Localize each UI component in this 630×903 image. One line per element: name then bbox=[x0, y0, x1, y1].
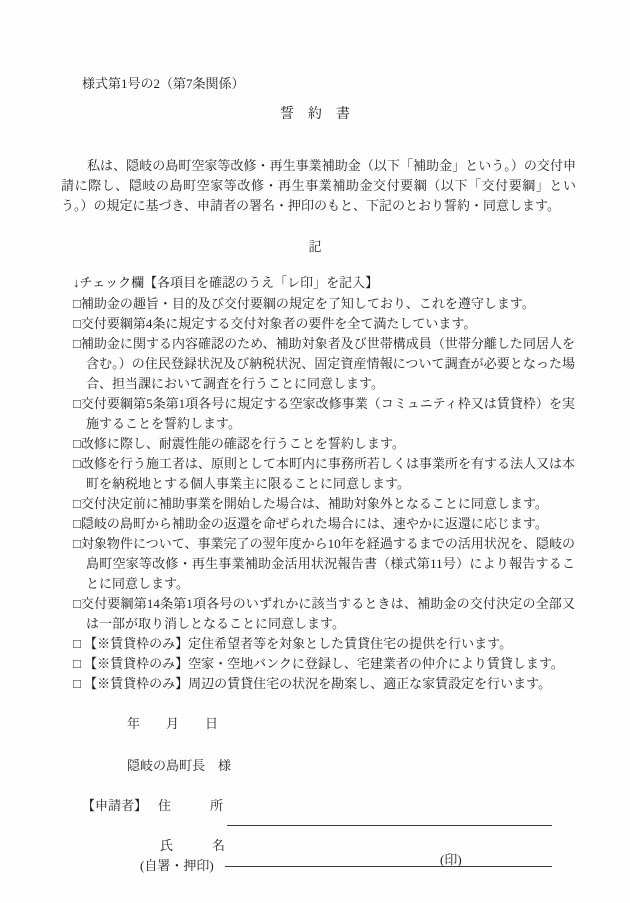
checklist-item: □補助金の趣旨・目的及び交付要綱の規定を了知しており、これを遵守します。 bbox=[73, 294, 575, 314]
checklist-item: □対象物件について、事業完了の翌年度から10年を経過するまでの活用状況を、隠岐の… bbox=[73, 534, 575, 594]
checklist-item-text: 【※賃貸枠のみ】空家・空地バンクに登録し、宅建業者の仲介により賃貸します。 bbox=[81, 656, 564, 671]
checklist-item-text: 【※賃貸枠のみ】周辺の賃貸住宅の状況を勘案し、適正な家賃設定を行います。 bbox=[81, 676, 551, 691]
checklist-item: □改修に際し、耐震性能の確認を行うことを誓約します。 bbox=[73, 434, 575, 454]
checkbox-icon[interactable]: □ bbox=[73, 496, 81, 511]
checkbox-icon[interactable]: □ bbox=[73, 596, 81, 611]
checkbox-icon[interactable]: □ bbox=[73, 336, 81, 351]
signature-note: (自署・押印) bbox=[140, 856, 214, 876]
form-number: 様式第1号の2（第7条関係） bbox=[82, 74, 245, 94]
checklist-item: □交付要綱第14条第1項各号のいずれかに該当するときは、補助金の交付決定の全部又… bbox=[73, 594, 575, 634]
checklist-item: □ 【※賃貸枠のみ】空家・空地バンクに登録し、宅建業者の仲介により賃貸します。 bbox=[73, 654, 575, 674]
checklist-item-text: 交付要綱第5条第1項各号に規定する空家改修事業（コミュニティ枠又は賃貸枠）を実施… bbox=[81, 396, 575, 431]
name-label: 氏 名 bbox=[160, 836, 225, 856]
checkbox-icon[interactable]: □ bbox=[73, 516, 81, 531]
checkbox-icon[interactable]: □ bbox=[73, 316, 81, 331]
checkbox-icon[interactable]: □ bbox=[73, 456, 81, 471]
date-line: 年 月 日 bbox=[127, 714, 218, 734]
checklist-item-text: 改修に際し、耐震性能の確認を行うことを誓約します。 bbox=[81, 436, 405, 451]
checkbox-icon[interactable]: □ bbox=[73, 636, 81, 651]
checklist-item-text: 【※賃貸枠のみ】定住希望者等を対象とした賃貸住宅の提供を行います。 bbox=[81, 636, 512, 651]
checklist-item: □ 【※賃貸枠のみ】定住希望者等を対象とした賃貸住宅の提供を行います。 bbox=[73, 634, 575, 654]
applicant-label: 【申請者】 bbox=[82, 796, 147, 816]
checklist-item: □交付決定前に補助事業を開始した場合は、補助対象外となることに同意します。 bbox=[73, 494, 575, 514]
checklist-item: □補助金に関する内容確認のため、補助対象者及び世帯構成員（世帯分離した同居人を含… bbox=[73, 334, 575, 394]
checkbox-icon[interactable]: □ bbox=[73, 536, 81, 551]
checklist-item-text: 交付要綱第14条第1項各号のいずれかに該当するときは、補助金の交付決定の全部又は… bbox=[81, 596, 575, 631]
checklist-item-text: 交付決定前に補助事業を開始した場合は、補助対象外となることに同意します。 bbox=[81, 496, 548, 511]
checklist-item: □改修を行う施工者は、原則として本町内に事務所若しくは事業所を有する法人又は本町… bbox=[73, 454, 575, 494]
address-fill-line[interactable] bbox=[227, 825, 552, 826]
checklist-item: □交付要綱第4条に規定する交付対象者の要件を全て満たしています。 bbox=[73, 314, 575, 334]
checklist-item-text: 補助金の趣旨・目的及び交付要綱の規定を了知しており、これを遵守します。 bbox=[81, 296, 535, 311]
checklist-item-text: 交付要綱第4条に規定する交付対象者の要件を全て満たしています。 bbox=[81, 316, 476, 331]
page-title: 誓 約 書 bbox=[0, 105, 630, 125]
pledge-document-page: 様式第1号の2（第7条関係） 誓 約 書 私は、隠岐の島町空家等改修・再生事業補… bbox=[0, 0, 630, 903]
checklist-instruction: ↓チェック欄【各項目を確認のうえ「レ印」を記入】 bbox=[73, 273, 378, 293]
checklist-item-text: 補助金に関する内容確認のため、補助対象者及び世帯構成員（世帯分離した同居人を含む… bbox=[81, 336, 575, 391]
addressee: 隠岐の島町長 様 bbox=[127, 756, 231, 776]
record-mark: 記 bbox=[0, 237, 630, 257]
address-label: 住 所 bbox=[158, 796, 223, 816]
checkbox-icon[interactable]: □ bbox=[73, 436, 81, 451]
checklist-item-text: 隠岐の島町から補助金の返還を命ぜられた場合には、速やかに返還に応じます。 bbox=[81, 516, 548, 531]
checkbox-icon[interactable]: □ bbox=[73, 676, 81, 691]
checklist: □補助金の趣旨・目的及び交付要綱の規定を了知しており、これを遵守します。 □交付… bbox=[73, 294, 575, 694]
name-fill-line[interactable] bbox=[225, 866, 552, 867]
seal-mark: (印) bbox=[440, 850, 462, 870]
intro-paragraph: 私は、隠岐の島町空家等改修・再生事業補助金（以下「補助金」という。）の交付申請に… bbox=[61, 156, 576, 216]
checklist-item-text: 対象物件について、事業完了の翌年度から10年を経過するまでの活用状況を、隠岐の島… bbox=[81, 536, 575, 591]
checkbox-icon[interactable]: □ bbox=[73, 396, 81, 411]
checklist-item: □隠岐の島町から補助金の返還を命ぜられた場合には、速やかに返還に応じます。 bbox=[73, 514, 575, 534]
checkbox-icon[interactable]: □ bbox=[73, 296, 81, 311]
checklist-item-text: 改修を行う施工者は、原則として本町内に事務所若しくは事業所を有する法人又は本町を… bbox=[81, 456, 575, 491]
checklist-item: □交付要綱第5条第1項各号に規定する空家改修事業（コミュニティ枠又は賃貸枠）を実… bbox=[73, 394, 575, 434]
checklist-item: □ 【※賃貸枠のみ】周辺の賃貸住宅の状況を勘案し、適正な家賃設定を行います。 bbox=[73, 674, 575, 694]
checkbox-icon[interactable]: □ bbox=[73, 656, 81, 671]
